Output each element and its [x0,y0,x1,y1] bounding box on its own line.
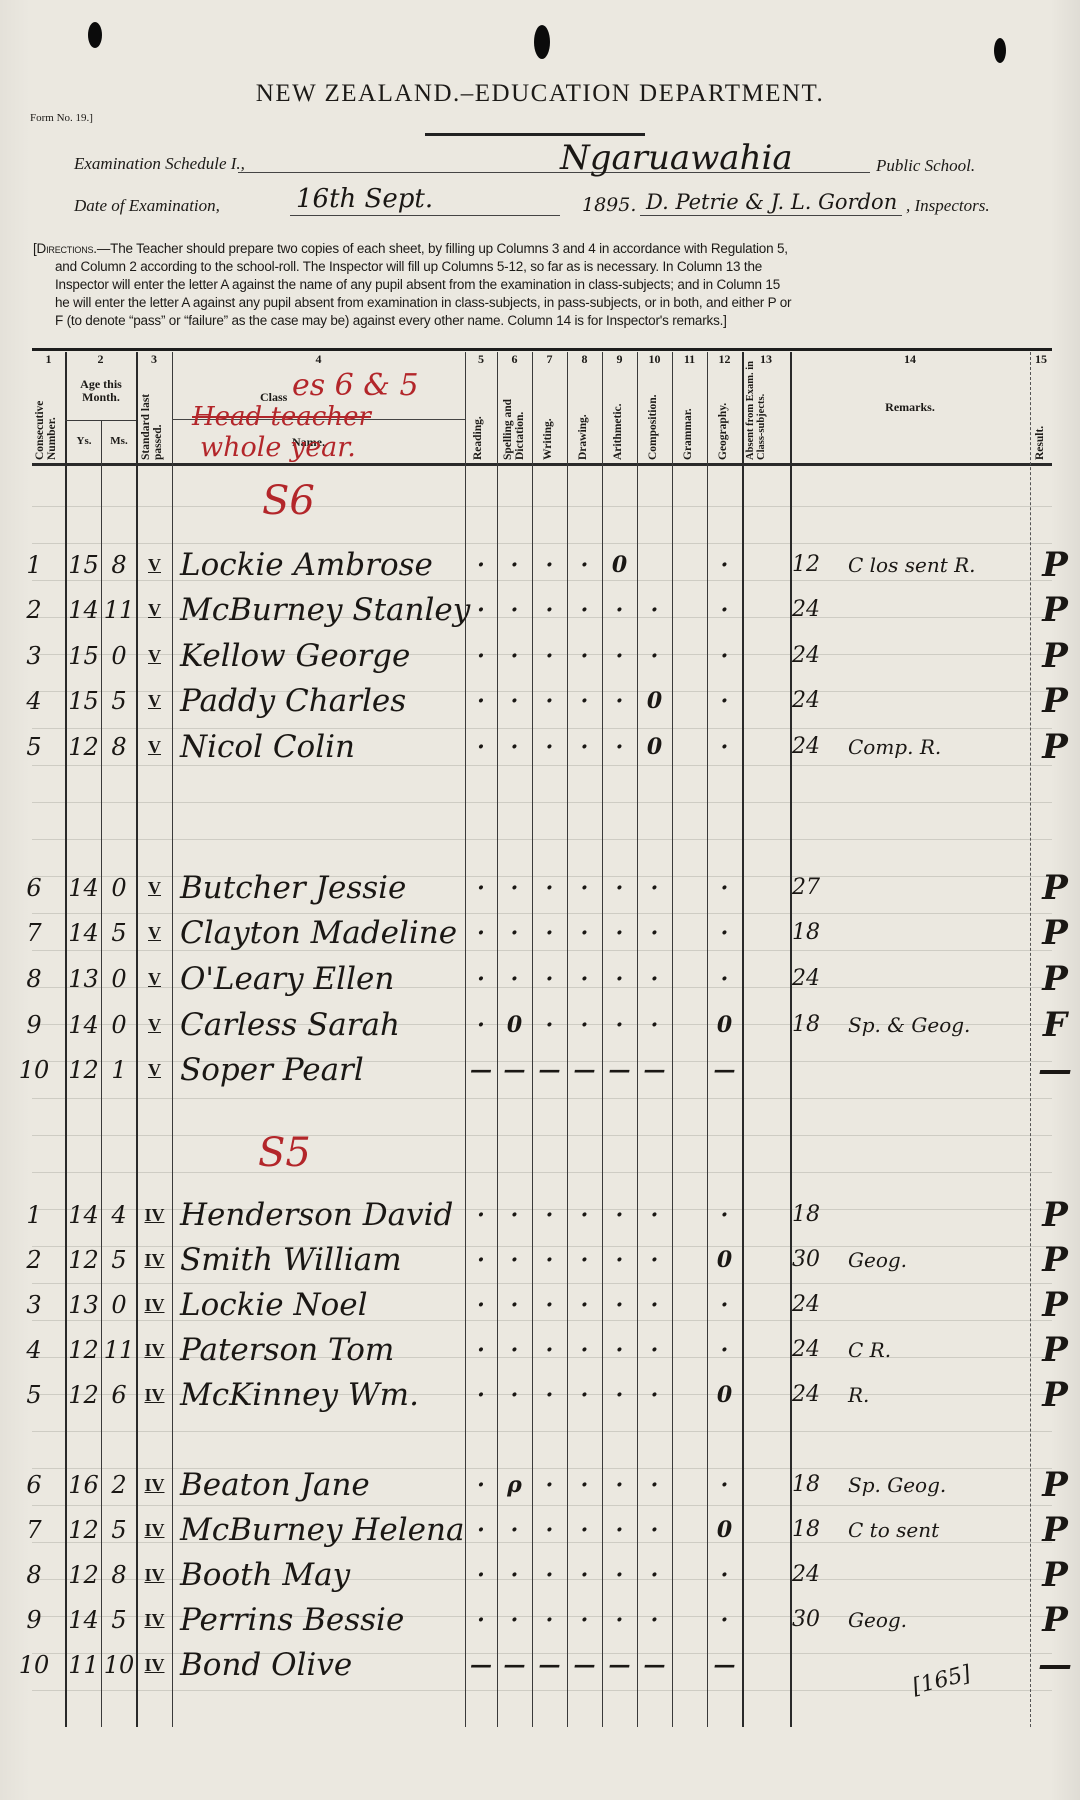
remark-score: 24 [792,1285,832,1325]
subject-mark: · [707,636,742,676]
subject-mark: · [602,1285,637,1325]
remark-text [848,681,1028,721]
page-title: NEW ZEALAND.–EDUCATION DEPARTMENT. [0,80,1080,108]
struck-head-teacher: Head teacher [192,402,371,432]
standard-passed: V [137,545,172,585]
subject-mark: ρ [497,1465,532,1505]
pupil-name: Kellow George [180,636,465,676]
header-rule [425,133,645,136]
table-row: 6140VButcher Jessie27P······· [0,868,1080,908]
subject-mark: · [637,1240,672,1280]
subject-mark: · [602,636,637,676]
subject-mark: · [567,1600,602,1640]
subject-mark: · [532,545,567,585]
punch-hole-left [88,22,102,48]
inspector-names: D. Petrie & J. L. Gordon [646,190,897,214]
subject-mark: · [465,1005,497,1045]
subject-mark: · [532,1195,567,1235]
standard-passed: IV [137,1240,172,1280]
standard-passed: V [137,727,172,767]
standard-passed: IV [137,1330,172,1370]
subject-mark: · [637,959,672,999]
result-mark: P [1030,868,1080,908]
subject-mark: · [567,1005,602,1045]
subject-mark: — [465,1645,497,1685]
subject-mark: · [567,913,602,953]
remark-score: 24 [792,681,832,721]
standard-passed: IV [137,1600,172,1640]
directions-lead: [Directions. [33,241,97,256]
standard-passed: V [137,959,172,999]
result-mark: P [1030,959,1080,999]
subject-mark: · [567,590,602,630]
subject-mark: · [707,1330,742,1370]
standard-passed: V [137,1005,172,1045]
subject-mark: · [465,636,497,676]
subject-mark: 0 [707,1375,742,1415]
subject-mark: · [567,959,602,999]
age-years: 15 [66,636,101,676]
result-mark: F [1030,1005,1080,1045]
header-months: Ms. [102,435,136,447]
pupil-name: Clayton Madeline [180,913,465,953]
result-mark: P [1030,1285,1080,1325]
consecutive-number: 8 [14,1555,54,1595]
subject-mark: · [532,1285,567,1325]
subject-mark: · [567,1465,602,1505]
remark-text [848,1195,1028,1235]
col-number-12: 12 [707,352,742,367]
consecutive-number: 6 [14,868,54,908]
age-split-rule [65,420,136,421]
subject-mark: · [707,913,742,953]
remark-score: 24 [792,590,832,630]
subject-mark: · [465,1195,497,1235]
subject-mark: · [602,1510,637,1550]
header-result: Result. [1034,410,1050,460]
subject-mark: · [465,1555,497,1595]
subject-mark: · [497,959,532,999]
subject-mark: · [567,1375,602,1415]
remark-score: 24 [792,636,832,676]
subject-mark: · [497,1510,532,1550]
consecutive-number: 5 [14,1375,54,1415]
subject-mark: · [532,959,567,999]
pupil-name: Paddy Charles [180,681,465,721]
section-heading-s6: S6 [262,478,315,524]
subject-mark: · [637,1330,672,1370]
subject-mark: · [532,1005,567,1045]
subject-mark: · [497,1330,532,1370]
age-months: 8 [102,545,136,585]
date-line [290,215,560,216]
header-grammar: Grammar. [682,372,702,460]
age-years: 12 [66,1050,101,1090]
col-number-11: 11 [672,352,707,367]
subject-mark: · [602,1600,637,1640]
schedule-label: Examination Schedule I., [74,154,245,174]
subject-mark: · [465,545,497,585]
table-row: 7125IVMcBurney Helena18C to sentP······0 [0,1510,1080,1550]
table-row: 41211IVPaterson Tom24C R.P······· [0,1330,1080,1370]
result-mark: P [1030,913,1080,953]
col-number-8: 8 [567,352,602,367]
subject-mark: · [465,1600,497,1640]
age-years: 13 [66,1285,101,1325]
subject-mark: · [532,636,567,676]
table-row: 21411VMcBurney Stanley24P······· [0,590,1080,630]
subject-mark: · [567,1510,602,1550]
pupil-name: Henderson David [180,1195,465,1235]
standard-passed: IV [137,1195,172,1235]
standard-passed: V [137,590,172,630]
subject-mark: · [637,913,672,953]
table-header-rule [32,463,1052,466]
subject-mark: 0 [637,681,672,721]
exam-year: 1895. [582,194,636,216]
col-number-1: 1 [32,352,65,367]
remark-score: 18 [792,1005,832,1045]
remark-text [848,868,1028,908]
subject-mark: · [532,1600,567,1640]
exam-date: 16th Sept. [296,184,433,214]
col-number-2: 2 [65,352,136,367]
subject-mark: · [707,1285,742,1325]
subject-mark: · [707,868,742,908]
subject-mark: · [637,1375,672,1415]
table-top-rule [32,348,1052,351]
standard-passed: IV [137,1555,172,1595]
subject-mark: · [497,868,532,908]
table-row: 6162IVBeaton Jane18Sp. Geog.P·ρ····· [0,1465,1080,1505]
subject-mark: · [465,913,497,953]
table-row: 3130IVLockie Noel24P······· [0,1285,1080,1325]
school-name: Ngaruawahia [560,138,793,178]
remark-text: C los sent R. [848,545,1028,585]
subject-mark: · [532,1465,567,1505]
age-years: 14 [66,590,101,630]
inspector-suffix: , Inspectors. [906,196,990,216]
subject-mark: · [602,868,637,908]
age-years: 14 [66,868,101,908]
consecutive-number: 7 [14,1510,54,1550]
subject-mark: · [602,1330,637,1370]
subject-mark: — [602,1645,637,1685]
subject-mark: · [602,590,637,630]
pupil-name: McBurney Helena [180,1510,465,1550]
remark-score: 18 [792,1510,832,1550]
standard-passed: V [137,913,172,953]
subject-mark: · [497,727,532,767]
subject-mark: · [465,1465,497,1505]
subject-mark: · [602,1005,637,1045]
header-writing: Writing. [542,372,562,460]
consecutive-number: 4 [14,1330,54,1370]
age-months: 8 [102,727,136,767]
pupil-name: Soper Pearl [180,1050,465,1090]
subject-mark: 0 [497,1005,532,1045]
age-months: 0 [102,959,136,999]
standard-passed: V [137,868,172,908]
subject-mark: · [567,1285,602,1325]
subject-mark: · [602,1465,637,1505]
subject-mark: — [465,1050,497,1090]
pupil-name: Bond Olive [180,1645,465,1685]
remark-score: 18 [792,913,832,953]
result-mark: P [1030,545,1080,585]
subject-mark: · [465,1510,497,1550]
subject-mark: — [567,1050,602,1090]
remark-text [848,959,1028,999]
directions-line-3: Inspector will enter the letter A agains… [33,276,1053,294]
table-row: 9145IVPerrins Bessie30Geog.P······· [0,1600,1080,1640]
standard-passed: V [137,636,172,676]
table-row: 2125IVSmith William30Geog.P······0 [0,1240,1080,1280]
age-months: 1 [102,1050,136,1090]
remark-score: 24 [792,1555,832,1595]
result-mark: — [1030,1050,1080,1090]
subject-mark: · [707,681,742,721]
pupil-name: Lockie Ambrose [180,545,465,585]
subject-mark: · [567,1240,602,1280]
subject-mark: · [465,959,497,999]
age-years: 12 [66,1330,101,1370]
consecutive-number: 6 [14,1465,54,1505]
consecutive-number: 10 [14,1050,54,1090]
pupil-name: Booth May [180,1555,465,1595]
remark-score: 30 [792,1240,832,1280]
subject-mark: · [465,868,497,908]
subject-mark: · [497,1195,532,1235]
subject-mark: · [602,1555,637,1595]
age-years: 12 [66,1240,101,1280]
header-reading: Reading. [472,372,492,460]
col-number-5: 5 [465,352,497,367]
schedule-sheet: NEW ZEALAND.–EDUCATION DEPARTMENT. Form … [0,0,1080,1800]
table-row: 1158VLockie Ambrose12C los sent R.P····0… [0,545,1080,585]
subject-mark: · [567,681,602,721]
subject-mark: · [497,1600,532,1640]
age-months: 5 [102,1600,136,1640]
subject-mark: · [532,1240,567,1280]
age-years: 12 [66,1375,101,1415]
header-geography: Geography. [717,372,737,460]
subject-mark: — [602,1050,637,1090]
remark-text: C R. [848,1330,1028,1370]
consecutive-number: 7 [14,913,54,953]
inspector-line [640,215,902,216]
subject-mark: · [637,1510,672,1550]
standard-passed: V [137,1050,172,1090]
header-drawing: Drawing. [577,372,597,460]
subject-mark: · [497,1375,532,1415]
subject-mark: · [465,590,497,630]
remark-score: 30 [792,1600,832,1640]
age-years: 13 [66,959,101,999]
consecutive-number: 9 [14,1005,54,1045]
col-number-7: 7 [532,352,567,367]
subject-mark: · [532,590,567,630]
subject-mark: · [497,1240,532,1280]
directions-line-2: and Column 2 according to the school-rol… [33,258,1053,276]
consecutive-number: 4 [14,681,54,721]
subject-mark: · [532,1510,567,1550]
table-row: 5128VNicol Colin24Comp. R.P·····0· [0,727,1080,767]
age-years: 14 [66,1195,101,1235]
subject-mark: — [637,1645,672,1685]
subject-mark: · [497,545,532,585]
consecutive-number: 2 [14,590,54,630]
header-composition: Composition. [647,372,667,460]
consecutive-number: 3 [14,1285,54,1325]
age-months: 6 [102,1375,136,1415]
whole-year-note: whole year. [200,432,356,463]
table-row: 1144IVHenderson David18P······· [0,1195,1080,1235]
date-label: Date of Examination, [74,196,220,216]
consecutive-number: 1 [14,545,54,585]
remark-text: Comp. R. [848,727,1028,767]
pupil-name: Smith William [180,1240,465,1280]
pupil-name: Nicol Colin [180,727,465,767]
subject-mark: · [602,959,637,999]
header-remarks: Remarks. [790,400,1030,415]
subject-mark: · [567,545,602,585]
remark-score: 24 [792,1330,832,1370]
header-classes-value: es 6 & 5 [292,368,419,403]
age-years: 16 [66,1465,101,1505]
subject-mark: · [497,1555,532,1595]
subject-mark: · [465,1240,497,1280]
age-years: 12 [66,727,101,767]
pupil-name: McBurney Stanley [180,590,465,630]
remark-text: Sp. Geog. [848,1465,1028,1505]
subject-mark [637,545,672,585]
subject-mark: · [637,1285,672,1325]
subject-mark: · [602,681,637,721]
pupil-name: O'Leary Ellen [180,959,465,999]
subject-mark: · [532,727,567,767]
subject-mark: · [707,727,742,767]
consecutive-number: 1 [14,1195,54,1235]
subject-mark: · [637,868,672,908]
age-months: 0 [102,868,136,908]
age-years: 14 [66,913,101,953]
result-mark: P [1030,727,1080,767]
header-age: Age this Month. [70,378,132,404]
table-row: 7145VClayton Madeline18P······· [0,913,1080,953]
age-months: 5 [102,681,136,721]
subject-mark: · [497,636,532,676]
standard-passed: IV [137,1285,172,1325]
result-mark: P [1030,636,1080,676]
table-row: 10121VSoper Pearl———————— [0,1050,1080,1090]
remark-text [848,913,1028,953]
remark-score [792,1645,832,1685]
subject-mark: — [567,1645,602,1685]
remark-score: 24 [792,959,832,999]
result-mark: P [1030,1375,1080,1415]
consecutive-number: 10 [14,1645,54,1685]
subject-mark: · [497,1285,532,1325]
pupil-name: Butcher Jessie [180,868,465,908]
result-mark: — [1030,1645,1080,1685]
age-months: 4 [102,1195,136,1235]
punch-hole-center [534,25,550,59]
remark-score: 24 [792,727,832,767]
remark-text: Geog. [848,1600,1028,1640]
remark-text [848,590,1028,630]
remark-score: 18 [792,1465,832,1505]
table-row: 4155VPaddy Charles24P·····0· [0,681,1080,721]
directions-text: [Directions.—The Teacher should prepare … [33,240,1053,330]
pupil-name: Paterson Tom [180,1330,465,1370]
result-mark: P [1030,1510,1080,1550]
age-months: 5 [102,913,136,953]
section-heading-s5: S5 [258,1130,311,1176]
age-years: 15 [66,545,101,585]
subject-mark: — [497,1645,532,1685]
col-number-14: 14 [790,352,1030,367]
result-mark: P [1030,1195,1080,1235]
subject-mark: — [707,1050,742,1090]
pupil-name: Carless Sarah [180,1005,465,1045]
subject-mark: — [707,1645,742,1685]
directions-line-1: —The Teacher should prepare two copies o… [97,241,788,256]
punch-hole-right [994,38,1006,63]
directions-line-5: F (to denote “pass” or “failure” as the … [33,312,1053,330]
header-years: Ys. [68,435,100,447]
col-number-15: 15 [1030,352,1052,367]
age-months: 0 [102,1005,136,1045]
consecutive-number: 9 [14,1600,54,1640]
subject-mark: · [532,1330,567,1370]
pupil-name: Perrins Bessie [180,1600,465,1640]
standard-passed: V [137,681,172,721]
remark-text: C to sent [848,1510,1028,1550]
age-months: 5 [102,1240,136,1280]
remark-score: 24 [792,1375,832,1415]
header-standard: Standard last passed. [140,362,170,460]
age-years: 11 [66,1645,101,1685]
age-years: 12 [66,1555,101,1595]
subject-mark: · [637,636,672,676]
subject-mark: · [602,1375,637,1415]
remark-text: R. [848,1375,1028,1415]
remark-score: 27 [792,868,832,908]
subject-mark: 0 [602,545,637,585]
pupil-name: Lockie Noel [180,1285,465,1325]
result-mark: P [1030,1240,1080,1280]
subject-mark: · [532,913,567,953]
subject-mark: — [532,1645,567,1685]
standard-passed: IV [137,1645,172,1685]
remark-text: Sp. & Geog. [848,1005,1028,1045]
subject-mark: · [707,590,742,630]
subject-mark: · [567,1330,602,1370]
pupil-name: McKinney Wm. [180,1375,465,1415]
pupil-name: Beaton Jane [180,1465,465,1505]
result-mark: P [1030,1330,1080,1370]
subject-mark: 0 [637,727,672,767]
subject-mark: · [532,1555,567,1595]
age-months: 8 [102,1555,136,1595]
remark-score: 18 [792,1195,832,1235]
subject-mark: · [707,1195,742,1235]
subject-mark: · [637,1465,672,1505]
remark-text: Geog. [848,1240,1028,1280]
subject-mark: · [465,1375,497,1415]
subject-mark: · [497,590,532,630]
